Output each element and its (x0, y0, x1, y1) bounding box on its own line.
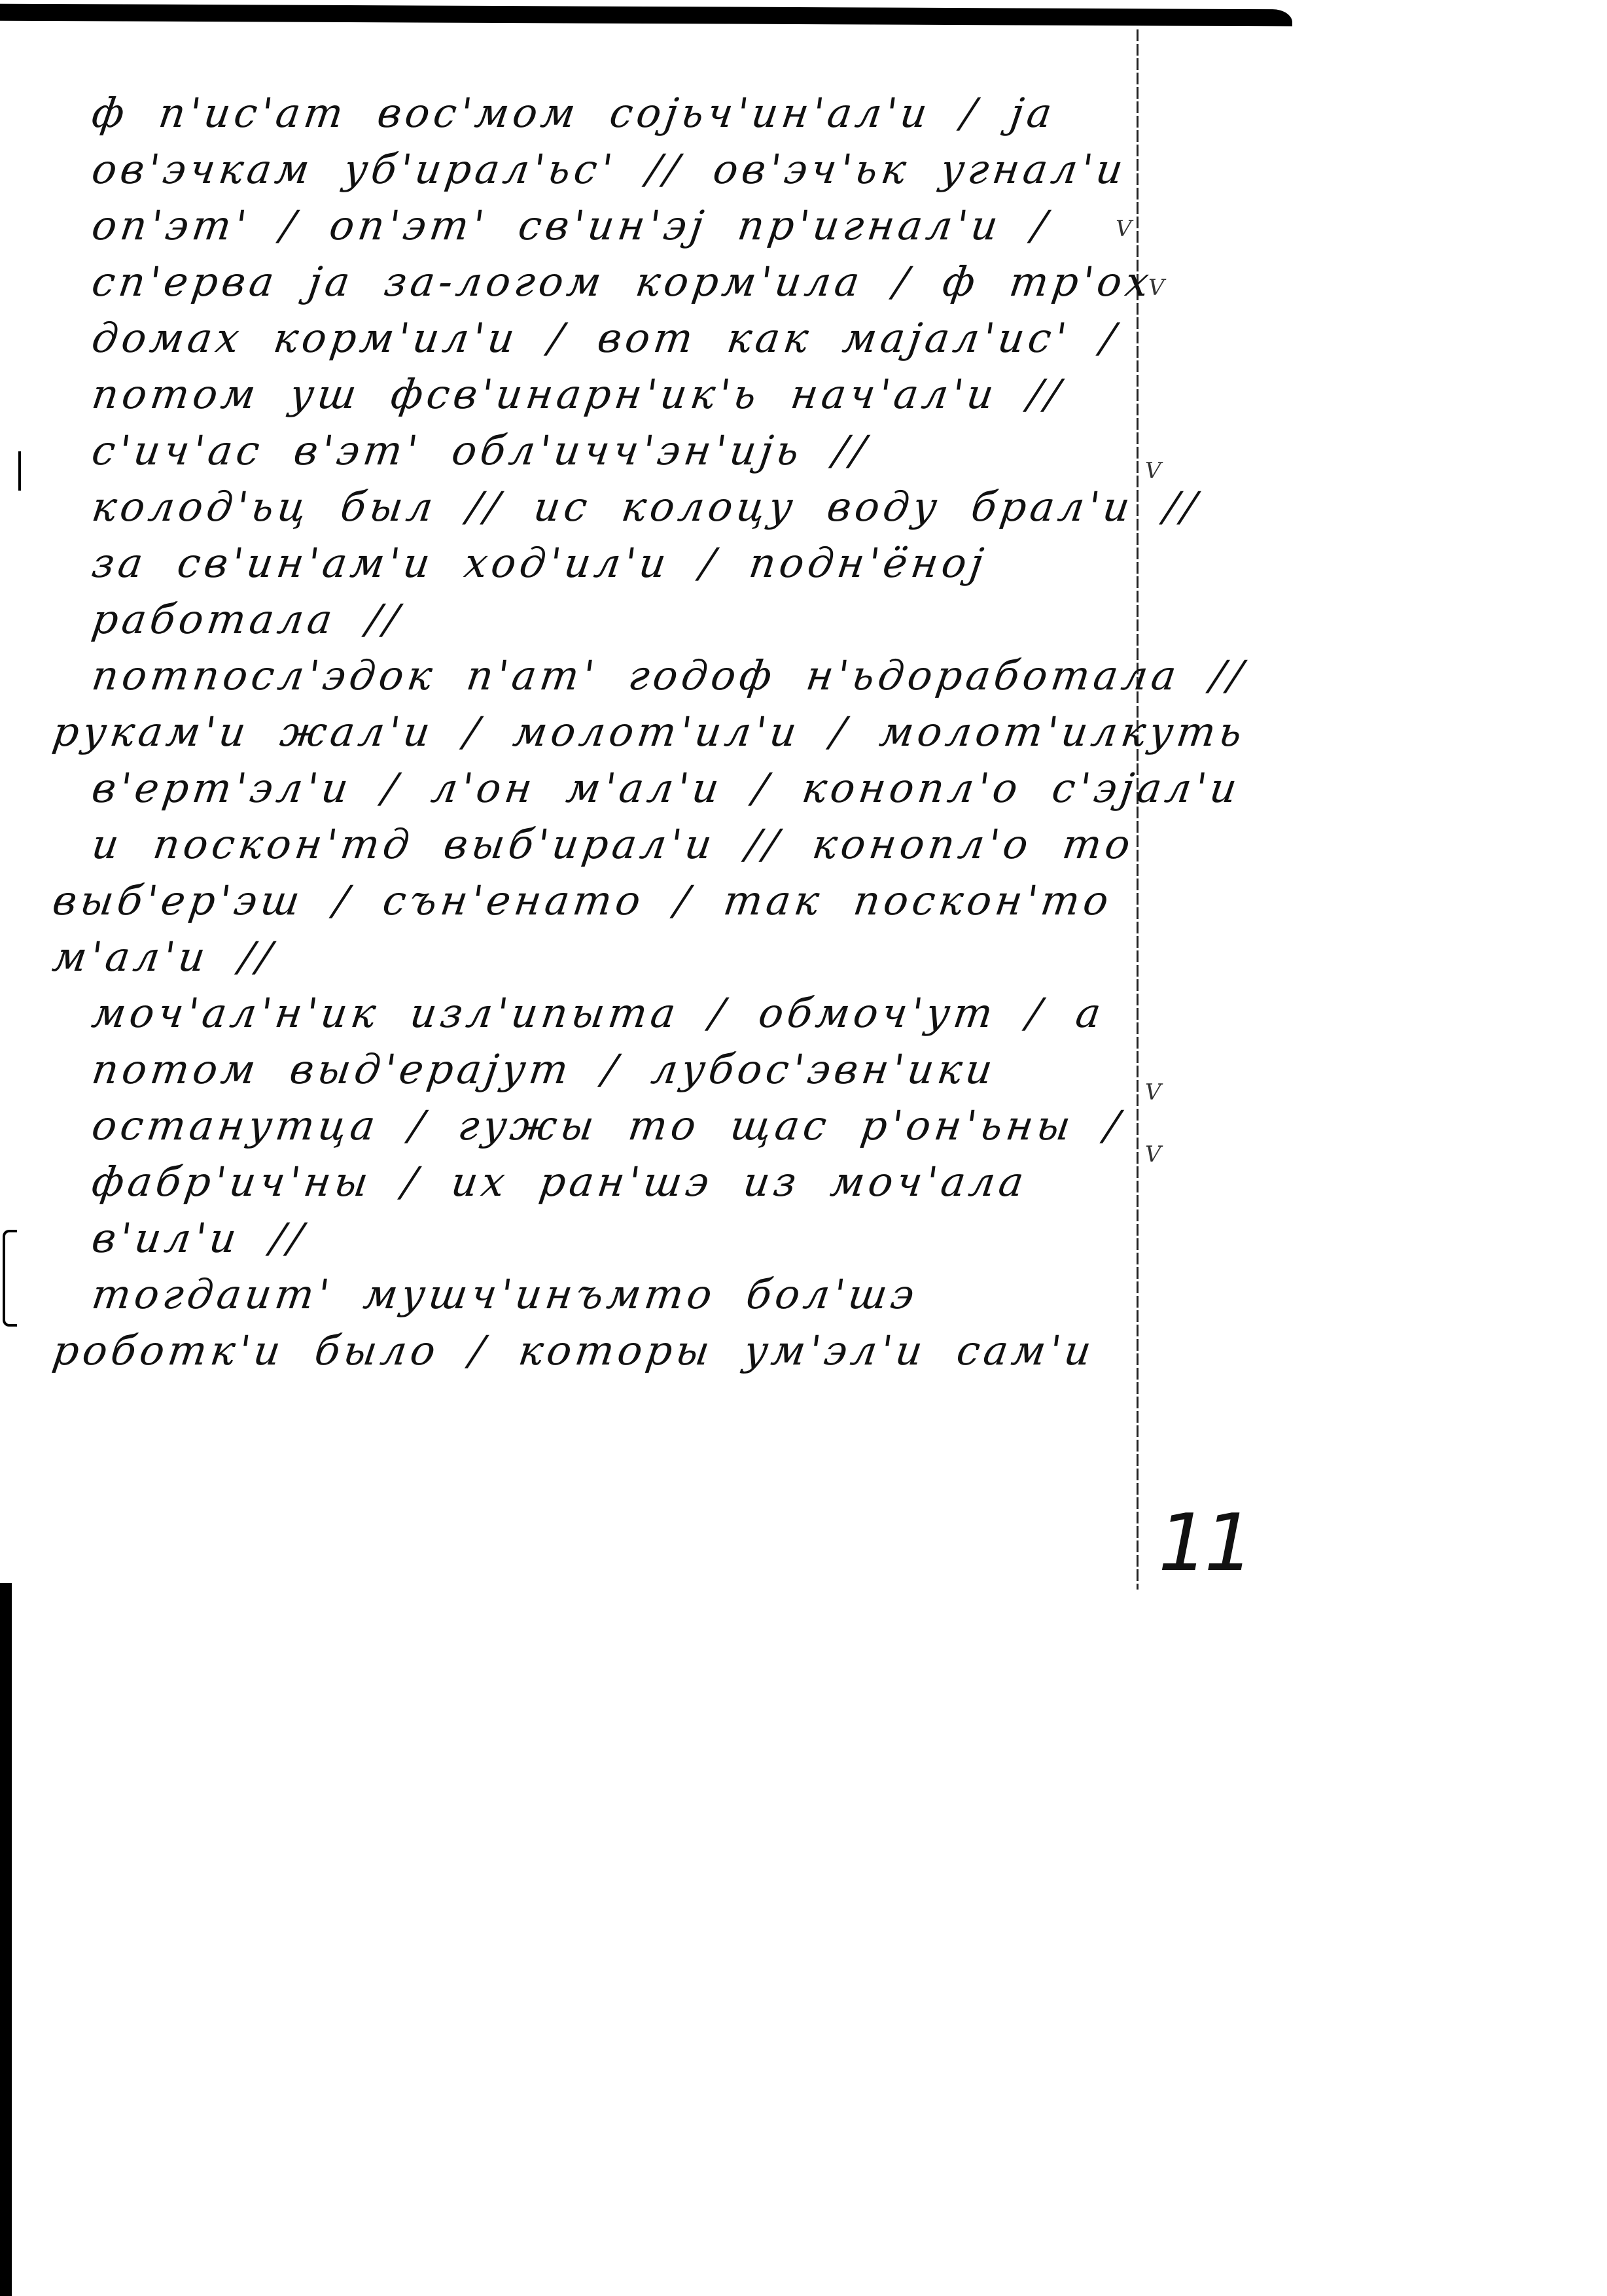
text-line: ф п'ис'ат вос'мом сојьч'ин'ал'и / ја (49, 85, 1130, 141)
margin-stroke-mark (18, 451, 21, 491)
manuscript-text: ф п'ис'ат вос'мом сојьч'ин'ал'и / ја ов'… (49, 85, 1122, 1379)
text-line: в'ил'и // (49, 1210, 1130, 1266)
text-line: фабр'ич'ны / их ран'шэ из моч'ала (49, 1154, 1130, 1210)
text-line: роботк'и было / которы ум'эл'и сам'и (49, 1323, 1130, 1379)
text-line: работала // (49, 591, 1130, 648)
text-line: останутца / гужы то щас р'он'ьны / (49, 1098, 1130, 1154)
text-line: рукам'и жал'и / молот'ил'и / молот'илкут… (49, 704, 1130, 760)
text-line: потом выд'ерајут / лубос'эвн'ики (49, 1041, 1130, 1098)
scan-edge-top-bar (0, 4, 1292, 27)
text-line: сп'ерва ја за-логом корм'ила / ф тр'ох (49, 254, 1130, 310)
margin-bracket-mark (3, 1230, 17, 1327)
text-line: с'ич'ас в'эт' обл'ичч'эн'ијь // (49, 423, 1130, 479)
text-line: потом уш фсв'инарн'ик'ь нач'ал'и // (49, 366, 1130, 423)
text-line: колод'ьц был // ис колоцу воду брал'и // (49, 479, 1130, 535)
text-line: оп'эт' / оп'эт' св'ин'эј пр'игнал'и / (49, 198, 1130, 254)
page-number: 11 (1158, 1498, 1250, 1589)
text-line: домах корм'ил'и / вот как мајал'ис' / (49, 310, 1130, 366)
scan-edge-left-bar (0, 1583, 12, 2296)
text-line: выб'ер'эш / сън'енато / так поскон'то (49, 873, 1130, 929)
text-line: в'ерт'эл'и / л'он м'ал'и / конопл'о с'эј… (49, 760, 1130, 816)
text-line: за св'ин'ам'и ход'ил'и / подн'ёној (49, 535, 1130, 591)
margin-check-mark: V (1145, 1141, 1161, 1168)
text-line: и поскон'тд выб'ирал'и // конопл'о то (49, 816, 1130, 873)
text-line: потпосл'эдок п'ат' годоф н'ьдоработала /… (49, 648, 1130, 704)
text-line: моч'ал'н'ик изл'ипыта / обмоч'ут / а (49, 985, 1130, 1041)
margin-check-mark: V (1145, 1079, 1161, 1105)
text-line: м'ал'и // (49, 929, 1130, 985)
text-line: ов'эчкам уб'ирал'ьс' // ов'эч'ьк угнал'и (49, 141, 1130, 198)
text-line: тогдаит' мушч'инъмто бол'шэ (49, 1266, 1130, 1323)
